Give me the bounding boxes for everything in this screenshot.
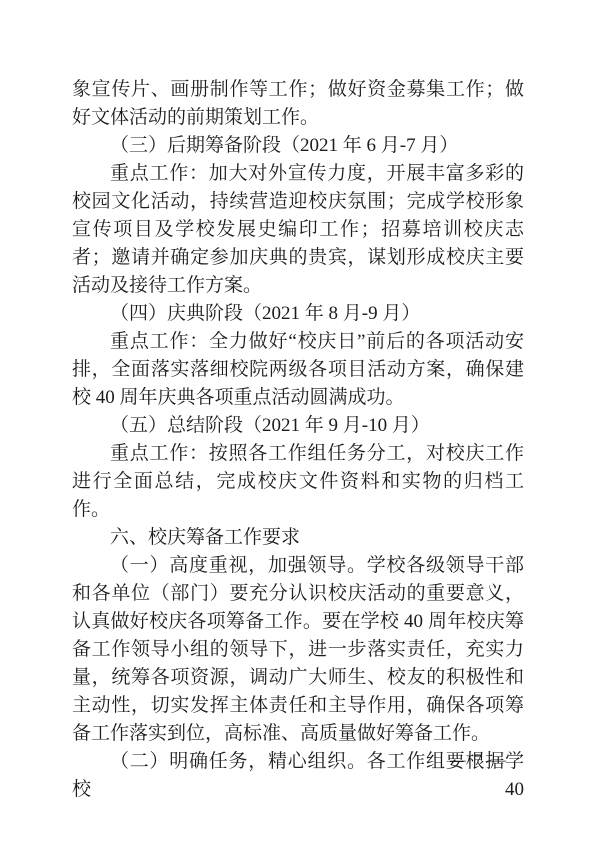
page-number: — 7 — [450,752,508,770]
document-page: 象宣传片、画册制作等工作；做好资金募集工作；做好文体活动的前期策划工作。 （三）… [0,0,596,842]
subsection-heading-4: （四）庆典阶段（2021 年 8 月-9 月） [72,300,524,328]
paragraph-continued: 象宣传片、画册制作等工作；做好资金募集工作；做好文体活动的前期策划工作。 [72,76,524,132]
section-heading-6: 六、校庆筹备工作要求 [72,524,524,552]
subsection-heading-3: （三）后期筹备阶段（2021 年 6 月-7 月） [72,132,524,160]
paragraph-requirement-1: （一）高度重视，加强领导。学校各级领导干部和各单位（部门）要充分认识校庆活动的重… [72,552,524,748]
paragraph-key-tasks-3: 重点工作：加大对外宣传力度，开展丰富多彩的校园文化活动，持续营造迎校庆氛围；完成… [72,160,524,300]
subsection-heading-5: （五）总结阶段（2021 年 9 月-10 月） [72,412,524,440]
page-body: 象宣传片、画册制作等工作；做好资金募集工作；做好文体活动的前期策划工作。 （三）… [72,76,524,804]
paragraph-key-tasks-4: 重点工作：全力做好“校庆日”前后的各项活动安排，全面落实落细校院两级各项目活动方… [72,328,524,412]
paragraph-key-tasks-5: 重点工作：按照各工作组任务分工，对校庆工作进行全面总结，完成校庆文件资料和实物的… [72,440,524,524]
